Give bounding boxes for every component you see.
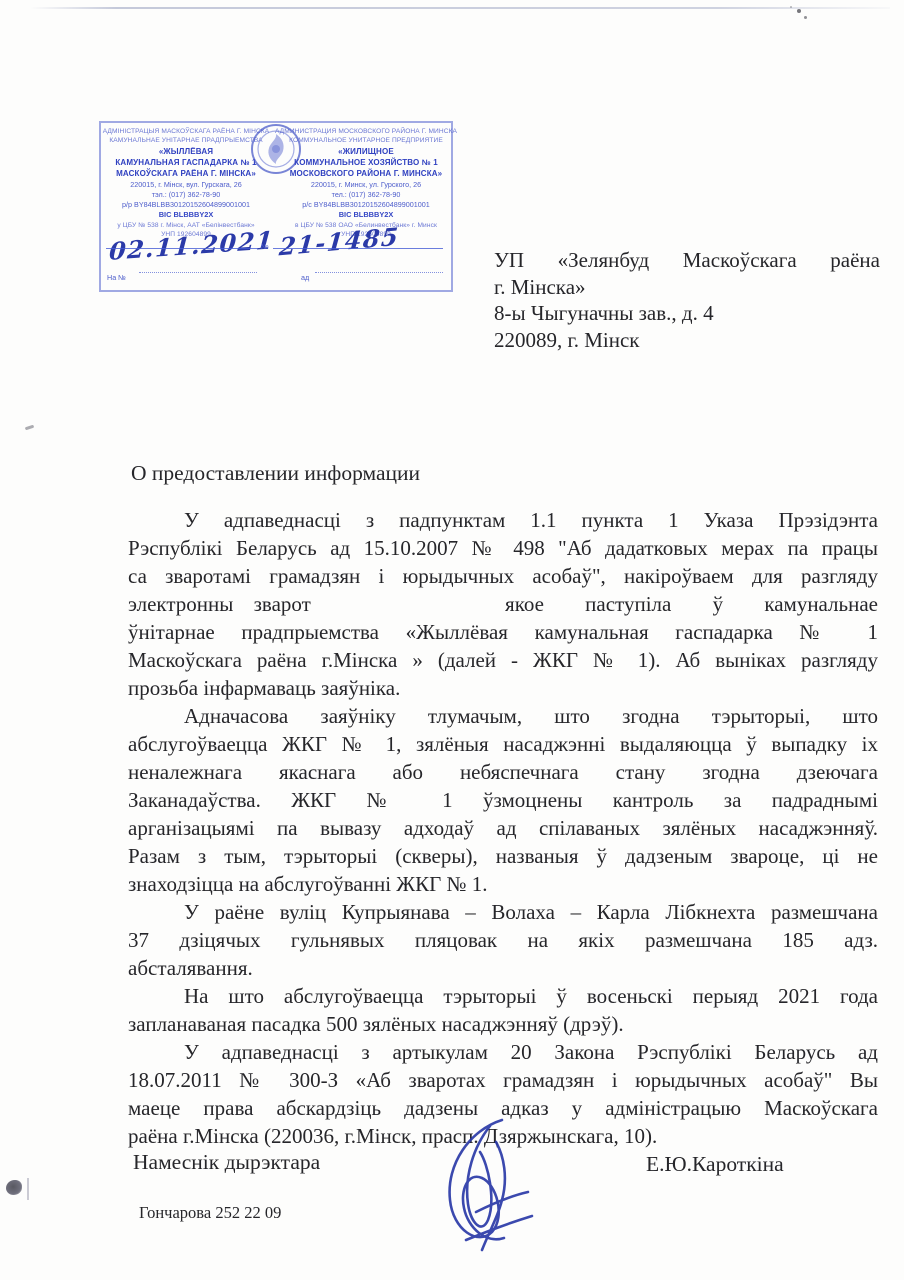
stamp-text: КАМУНАЛЬНАЕ УНІТАРНАЕ ПРАДПРЫЕМСТВА — [109, 136, 262, 145]
stamp-date-line — [106, 248, 258, 249]
stamp-number-line — [273, 248, 443, 249]
body-line: арганізацыямі па вывазу адходаў ад спіла… — [128, 814, 878, 842]
body-line: Заканадаўства. ЖКГ № 1 ўзмоцнены кантрол… — [128, 786, 878, 814]
addressee-line: 220089, г. Мінск — [494, 327, 880, 354]
stamp-org-name: КАМУНАЛЬНАЯ ГАСПАДАРКА № 1 — [115, 157, 256, 168]
scanned-letter-page: АДМІНІСТРАЦЫЯ МАСКОЎСКАГА РАЁНА Г. МІНСК… — [0, 0, 904, 1280]
body-line: ўнітарнае прадпрыемства «Жыллёвая камуна… — [128, 618, 878, 646]
scan-speck — [797, 9, 801, 13]
body-line: У адпаведнасці з артыкулам 20 Закона Рэс… — [128, 1038, 878, 1066]
scan-edge-line — [30, 7, 890, 9]
body-line: знаходзіцца на абслугоўванні ЖКГ № 1. — [128, 870, 878, 898]
stamp-bic: BIC BLBBBY2X — [159, 210, 214, 221]
scan-smudge — [25, 425, 34, 431]
stamp-account: р/р BY84BLBB30120152604899001001 — [122, 200, 250, 210]
stamp-right-column: АДМИНИСТРАЦИЯ МОСКОВСКОГО РАЙОНА Г. МИНС… — [283, 127, 449, 240]
stamp-org-name: МАСКОЎСКАГА РАЁНА Г. МІНСКА» — [116, 168, 256, 179]
body-line: са зваротамі грамадзян і юрыдычных асоба… — [128, 562, 878, 590]
letter-body: У адпаведнасці з падпунктам 1.1 пункта 1… — [128, 506, 878, 1150]
stamp-text: АДМИНИСТРАЦИЯ МОСКОВСКОГО РАЙОНА Г. МИНС… — [275, 127, 457, 136]
body-line: абсталявання. — [128, 954, 878, 982]
org-stamp: АДМІНІСТРАЦЫЯ МАСКОЎСКАГА РАЁНА Г. МІНСК… — [99, 121, 453, 292]
stamp-blank-line — [139, 272, 257, 273]
body-line: прозьба інфармаваць заяўніка. — [128, 674, 878, 702]
stamp-org-name: КОММУНАЛЬНОЕ ХОЗЯЙСТВО № 1 — [294, 157, 438, 168]
stamp-org-name: МОСКОВСКОГО РАЙОНА Г. МИНСКА» — [290, 168, 443, 179]
executor-contact: Гончарова 252 22 09 — [139, 1203, 281, 1223]
stamp-bic: BIC BLBBBY2X — [339, 210, 394, 221]
stamp-address: 220015, г. Мінск, вул. Гурскага, 26 — [130, 180, 242, 190]
stamp-text: КОММУНАЛЬНОЕ УНИТАРНОЕ ПРЕДПРИЯТИЕ — [289, 136, 443, 145]
scan-line-artifact — [27, 1178, 29, 1200]
addressee-line: УП «Зелянбуд Маскоўскага раёна — [494, 247, 880, 274]
body-line: У адпаведнасці з падпунктам 1.1 пункта 1… — [128, 506, 878, 534]
addressee-line: г. Мінска» — [494, 274, 880, 301]
body-line: Разам з тым, тэрыторыі (скверы), названы… — [128, 842, 878, 870]
stamp-number-label: № — [261, 242, 269, 251]
stamp-org-name: «ЖЫЛЛЁВАЯ — [159, 146, 213, 157]
scan-ink-blob — [6, 1180, 22, 1195]
scan-speck — [790, 6, 792, 8]
body-line: 18.07.2011 № 300-З «Аб зваротах грамадзя… — [128, 1066, 878, 1094]
body-line: На што абслугоўваецца тэрыторыі ў восень… — [128, 982, 878, 1010]
stamp-account: р/с BY84BLBB30120152604899001001 — [302, 200, 430, 210]
body-line: абслугоўваецца ЖКГ № 1, зялёныя насаджэн… — [128, 730, 878, 758]
stamp-org-name: «ЖИЛИЩНОЕ — [338, 146, 394, 157]
body-line: 37 дзіцячых гульнявых пляцовак на якіх р… — [128, 926, 878, 954]
body-text: якое паступіла ў камунальнае — [505, 590, 878, 618]
body-line: У раёне вуліц Купрыянава – Волаха – Карл… — [128, 898, 878, 926]
body-line: Маскоўскага раёна г.Мінска » (далей - ЖК… — [128, 646, 878, 674]
scan-speck — [804, 16, 807, 19]
addressee-line: 8-ы Чыгуначны зав., д. 4 — [494, 300, 880, 327]
stamp-blank-line — [315, 272, 443, 273]
stamp-address: 220015, г. Минск, ул. Гурского, 26 — [311, 180, 421, 190]
body-line: неналежнага якаснага або небяспечнага ст… — [128, 758, 878, 786]
stamp-phone: тэл.: (017) 362-78-90 — [152, 190, 221, 200]
handwritten-signature — [430, 1112, 550, 1267]
body-line: запланаваная пасадка 500 зялёных насаджэ… — [128, 1010, 878, 1038]
body-line: Адначасова заяўніку тлумачым, што згодна… — [128, 702, 878, 730]
signer-name: Е.Ю.Кароткіна — [646, 1152, 784, 1177]
stamp-left-column: АДМІНІСТРАЦЫЯ МАСКОЎСКАГА РАЁНА Г. МІНСК… — [103, 127, 269, 240]
addressee-block: УП «Зелянбуд Маскоўскага раёна г. Мінска… — [494, 247, 880, 353]
body-text: электронны зварот — [128, 590, 311, 618]
subject-line: О предоставлении информации — [131, 461, 420, 486]
stamp-phone: тел.: (017) 362-78-90 — [332, 190, 401, 200]
body-line: Рэспублікі Беларусь ад 15.10.2007 № 498 … — [128, 534, 878, 562]
stamp-na-no-label: На № — [107, 273, 126, 282]
stamp-text: АДМІНІСТРАЦЫЯ МАСКОЎСКАГА РАЁНА Г. МІНСК… — [103, 127, 270, 136]
stamp-ad-label: ад — [301, 273, 309, 282]
signer-position: Намеснік дырэктара — [133, 1150, 320, 1175]
body-line-redacted: электронны зварот якое паступіла ў камун… — [128, 590, 878, 618]
